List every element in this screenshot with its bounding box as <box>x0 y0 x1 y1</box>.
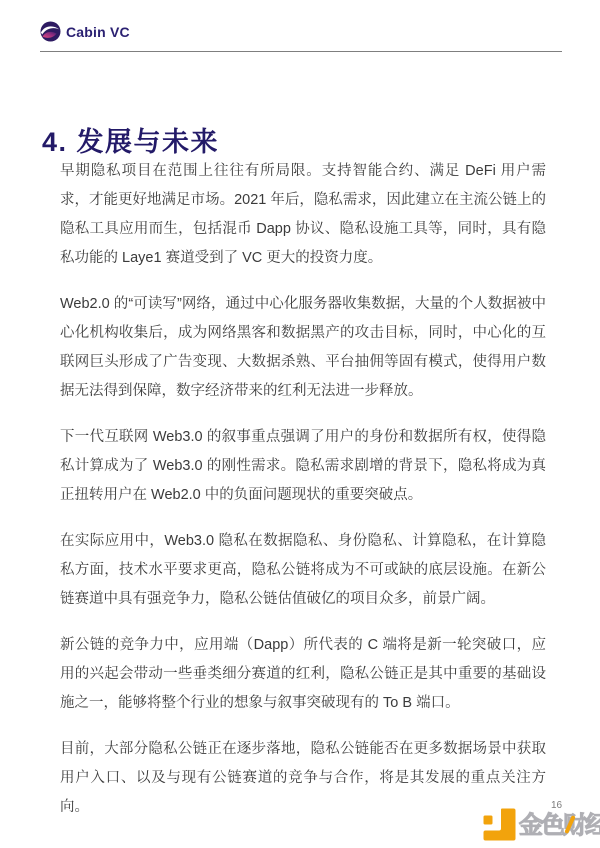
body-paragraph: 在实际应用中，Web3.0 隐私在数据隐私、身份隐私、计算隐私，在计算隐私方面，… <box>60 527 546 614</box>
document-body: 早期隐私项目在范围上往往有所局限。支持智能合约、满足 DeFi 用户需求，才能更… <box>60 157 546 839</box>
header-divider <box>40 51 562 52</box>
jinse-finance-icon <box>483 808 516 841</box>
brand-logo: Cabin VC <box>40 21 130 42</box>
body-paragraph: Web2.0 的“可读写”网络，通过中心化服务器收集数据，大量的个人数据被中心化… <box>60 290 546 406</box>
page-title: 4. 发展与未来 <box>42 126 219 158</box>
body-paragraph: 早期隐私项目在范围上往往有所局限。支持智能合约、满足 DeFi 用户需求，才能更… <box>60 157 546 273</box>
body-paragraph: 新公链的竞争力中，应用端（Dapp）所代表的 C 端将是新一轮突破口，应用的兴起… <box>60 631 546 718</box>
cabin-vc-logo-icon <box>40 21 61 42</box>
jinse-finance-watermark: 金色财经 <box>483 808 600 841</box>
body-paragraph: 目前，大部分隐私公链正在逐步落地，隐私公链能否在更多数据场景中获取用户入口、以及… <box>60 735 546 822</box>
body-paragraph: 下一代互联网 Web3.0 的叙事重点强调了用户的身份和数据所有权，使得隐私计算… <box>60 423 546 510</box>
watermark-text: 金色财经 <box>519 811 600 841</box>
brand-name: Cabin VC <box>66 24 130 40</box>
